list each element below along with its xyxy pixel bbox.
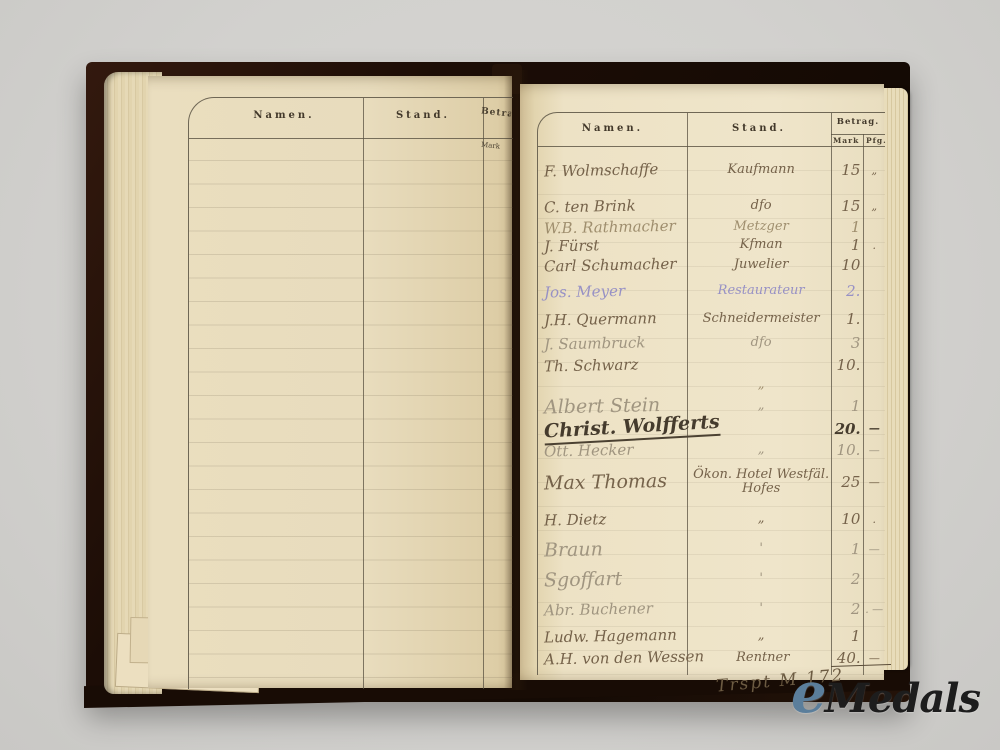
entry-amount-mark: 2. — [832, 282, 864, 300]
entry-name: Braun — [538, 536, 691, 561]
header-underline — [189, 138, 513, 139]
left-ledger-table: Namen. Stand. Betrag. Mark — [188, 97, 513, 689]
entry-amount-mark: 1 — [832, 397, 864, 415]
table-row: H. Dietz „ 10 . — [538, 504, 885, 534]
table-row: J. Fürst Kfman 1 . — [538, 236, 885, 254]
entry-stand: ' — [690, 602, 831, 616]
entry-stand: dfo — [690, 336, 831, 350]
entry-stand: Kaufmann — [690, 163, 831, 177]
photo-background: Namen. Stand. Betrag. Mark Namen. Stand.… — [0, 0, 1000, 750]
watermark-text: Medals — [825, 675, 980, 722]
table-row: Carl Schumacher Juwelier 10 — [538, 254, 885, 276]
entry-stand: Restaurateur — [690, 284, 831, 298]
emedals-watermark: eMedals — [791, 660, 980, 726]
entry-amount-pfg: . — [863, 513, 885, 526]
right-header-betrag: Betrag. — [831, 117, 885, 127]
entry-stand: dfo — [690, 199, 831, 213]
betrag-sub-underline — [831, 134, 885, 135]
entry-amount-mark: 2 — [832, 570, 864, 588]
entry-name: Max Thomas — [538, 469, 691, 494]
entry-name: F. Wolmschaffe — [538, 159, 691, 180]
right-page: Namen. Stand. Betrag. Mark Pfg. F. Wolms… — [520, 84, 884, 680]
ruled-lines — [189, 160, 513, 685]
entry-name: Ott. Hecker — [538, 439, 691, 460]
table-row: J.H. Quermann Schneidermeister 1. — [538, 306, 885, 332]
table-row: Sgoffart ' 2 — [538, 564, 885, 594]
entry-stand: Schneidermeister — [690, 312, 831, 326]
table-row: F. Wolmschaffe Kaufmann 15 „ — [538, 146, 885, 194]
entry-name: J.H. Quermann — [538, 308, 691, 329]
entry-amount-mark: 1 — [832, 236, 864, 254]
table-row: J. Saumbruck dfo 3 — [538, 332, 885, 354]
table-row: Christ. Wolfferts 20. — — [538, 417, 885, 440]
entry-name: Sgoffart — [538, 566, 691, 591]
entry-amount-mark: 3 — [832, 334, 864, 352]
right-header-namen: Namen. — [538, 123, 687, 134]
entry-amount-mark: 25 — [832, 473, 864, 491]
entry-name: Th. Schwarz — [538, 354, 691, 375]
left-header-stand: Stand. — [367, 110, 479, 121]
table-row: „ — [538, 375, 885, 395]
ledger-rows: F. Wolmschaffe Kaufmann 15 „ C. ten Brin… — [538, 146, 885, 669]
table-row: Jos. Meyer Restaurateur 2. — [538, 276, 885, 306]
entry-amount-pfg: „ — [863, 164, 885, 177]
table-row: C. ten Brink dfo 15 „ — [538, 194, 885, 218]
entry-stand: „ — [690, 443, 831, 457]
entry-name: Carl Schumacher — [538, 254, 691, 275]
left-header-namen: Namen. — [209, 110, 359, 121]
entry-amount-pfg: — — [864, 422, 885, 435]
entry-stand: Ökon. Hotel Westfäl.Hofes — [690, 468, 831, 495]
watermark-letter-e: e — [791, 660, 825, 726]
table-row: Ott. Hecker „ 10. — — [538, 440, 885, 460]
table-row: Max Thomas Ökon. Hotel Westfäl.Hofes 25 … — [538, 460, 885, 504]
entry-name — [538, 383, 690, 386]
entry-stand: „ — [690, 629, 831, 643]
entry-name: J. Fürst — [538, 234, 691, 255]
right-page-stack-edge — [884, 88, 908, 670]
entry-name: Jos. Meyer — [538, 280, 691, 301]
entry-amount-mark: 2 — [832, 600, 864, 618]
entry-stand: Juwelier — [690, 258, 831, 272]
entry-amount-pfg: . — — [863, 603, 885, 616]
entry-stand: „ — [690, 512, 831, 526]
entry-amount-pfg: — — [863, 476, 885, 489]
entry-name: Ludw. Hagemann — [538, 625, 691, 646]
entry-amount-mark: 20. — [833, 420, 864, 438]
table-row: Braun ' 1 — — [538, 534, 885, 564]
entry-amount-mark: 15 — [832, 161, 864, 179]
entry-stand: „ — [690, 378, 831, 392]
entry-name: A.H. von den Wessen — [538, 647, 693, 668]
entry-name: C. ten Brink — [538, 195, 691, 216]
right-subheader-mark: Mark — [833, 136, 859, 145]
entry-name: Christ. Wolfferts — [538, 414, 693, 442]
entry-name: J. Saumbruck — [538, 332, 691, 353]
table-row: Th. Schwarz 10. — [538, 354, 885, 375]
entry-stand: ' — [690, 572, 831, 586]
entry-name: Abr. Buchener — [538, 598, 691, 619]
entry-amount-mark: 10. — [832, 356, 864, 374]
table-row: W.B. Rathmacher Metzger 1 — [538, 218, 885, 236]
entry-amount-mark: 1 — [832, 540, 864, 558]
entry-amount-mark: 15 — [832, 197, 864, 215]
right-header-stand: Stand. — [687, 123, 831, 134]
entry-amount-pfg: — — [863, 444, 885, 457]
entry-amount-mark: 10 — [832, 510, 864, 528]
right-ledger-table: Namen. Stand. Betrag. Mark Pfg. F. Wolms… — [537, 112, 885, 675]
entry-amount-mark: 1. — [832, 310, 864, 328]
entry-stand: Metzger — [690, 220, 831, 234]
entry-amount-mark: 10. — [832, 441, 864, 459]
entry-stand: ' — [690, 542, 831, 556]
entry-amount-pfg: — — [863, 543, 885, 556]
right-subheader-pfg: Pfg. — [866, 136, 887, 145]
entry-amount-pfg: . — [863, 239, 885, 252]
table-row: Abr. Buchener ' 2 . — — [538, 594, 885, 624]
entry-amount-mark: 1 — [832, 627, 864, 645]
entry-amount-mark: 1 — [832, 218, 864, 236]
entry-name: H. Dietz — [538, 508, 691, 529]
table-row: Ludw. Hagemann „ 1 — [538, 624, 885, 647]
entry-amount-mark: 10 — [832, 256, 864, 274]
entry-stand: Kfman — [690, 238, 831, 252]
entry-amount-pfg: „ — [863, 200, 885, 213]
left-page: Namen. Stand. Betrag. Mark — [148, 76, 512, 688]
